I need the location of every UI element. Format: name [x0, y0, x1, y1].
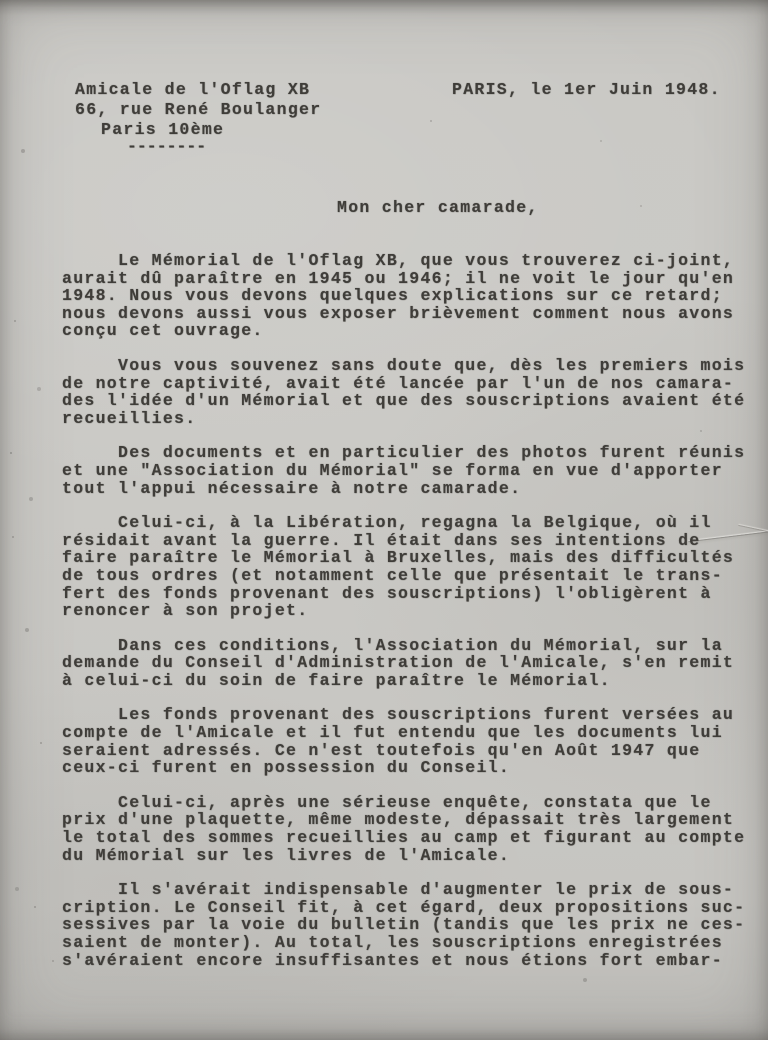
paragraph-6: Les fonds provenant des souscriptions fu…	[62, 706, 762, 776]
paragraph-5: Dans ces conditions, l'Association du Mé…	[62, 637, 762, 690]
sender-organization: Amicale de l'Oflag XB	[75, 80, 321, 100]
letter-body: Le Mémorial de l'Oflag XB, que vous trou…	[62, 252, 762, 986]
sender-address: Amicale de l'Oflag XB 66, rue René Boula…	[75, 80, 321, 154]
paper-speckles	[0, 0, 2, 2]
paragraph-7: Celui-ci, après une sérieuse enquête, co…	[62, 794, 762, 864]
address-separator: --------	[75, 140, 321, 154]
salutation: Mon cher camarade,	[337, 198, 539, 217]
dateline: PARIS, le 1er Juin 1948.	[452, 80, 721, 99]
paragraph-1: Le Mémorial de l'Oflag XB, que vous trou…	[62, 252, 762, 340]
paragraph-4: Celui-ci, à la Libération, regagna la Be…	[62, 514, 762, 620]
paragraph-2: Vous vous souvenez sans doute que, dès l…	[62, 357, 762, 427]
sender-street: 66, rue René Boulanger	[75, 100, 321, 120]
paragraph-3: Des documents et en particulier des phot…	[62, 444, 762, 497]
letter-page: Amicale de l'Oflag XB 66, rue René Boula…	[0, 0, 768, 1040]
paragraph-8: Il s'avérait indispensable d'augmenter l…	[62, 881, 762, 969]
